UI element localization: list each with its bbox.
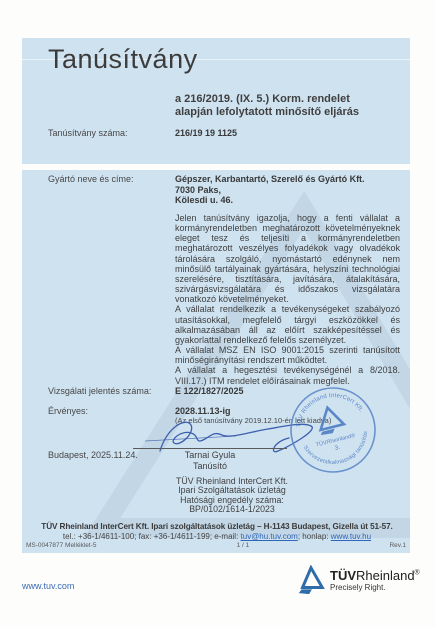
certificate-number-label: Tanúsítvány száma:: [48, 128, 128, 138]
footer-page-number: 1 / 1: [237, 542, 250, 549]
page-title: Tanúsítvány: [48, 44, 198, 75]
tuv-rheinland-logo-text: TÜVRheinland®: [330, 568, 420, 583]
logo-rheinland: Rheinland: [356, 568, 415, 583]
signer-role: Tanúsító: [133, 461, 287, 471]
footer-doc-id: MS-0047877 Melléklet-5: [26, 542, 96, 549]
valid-until-label: Érvényes:: [48, 406, 88, 416]
report-number-label: Vizsgálati jelentés száma:: [48, 386, 151, 396]
footer-homepage-link[interactable]: www.tuv.hu: [331, 532, 371, 541]
footer-contact-prefix: tel.: +36-1/4611-100; fax: +36-1/4611-19…: [63, 532, 241, 541]
tuv-com-link[interactable]: www.tuv.com: [22, 581, 74, 591]
body-paragraph-2: A vállalat rendelkezik a tevékenységeket…: [175, 304, 400, 345]
logo-tuv: TÜV: [330, 568, 356, 583]
logo-tagline: Precisely Right.: [330, 583, 386, 592]
footer-meta-row: MS-0047877 Melléklet-5 1 / 1 Rev.1: [26, 542, 406, 549]
report-number-value: E 122/1827/2025: [175, 386, 244, 396]
manufacturer-value: Gépszer, Karbantartó, Szerelő és Gyártó …: [175, 174, 405, 206]
footer-address: TÜV Rheinland InterCert Kft. Ipari szolg…: [27, 522, 407, 531]
signer-name: Tarnai Gyula: [133, 450, 287, 460]
footer-contact-line: tel.: +36-1/4611-100; fax: +36-1/4611-19…: [27, 532, 407, 541]
stamp-center-number: 3.: [334, 444, 341, 452]
body-paragraph-1: Jelen tanúsítvány igazolja, hogy a fenti…: [175, 213, 400, 304]
place-date: Budapest, 2025.11.24.: [48, 450, 138, 460]
manufacturer-addr2: Kölesdi u. 46.: [175, 195, 405, 206]
manufacturer-label: Gyártó neve és címe:: [48, 174, 134, 184]
logo-registered-mark: ®: [415, 570, 420, 577]
issuer-block: TÜV Rheinland InterCert Kft. Ipari Szolg…: [122, 477, 342, 515]
footer-revision: Rev.1: [389, 542, 406, 549]
certificate-number-value: 216/19 19 1125: [175, 128, 237, 138]
regulation-subtitle: a 216/2019. (IX. 5.) Korm. rendelet alap…: [175, 93, 399, 119]
regulation-subtitle-line1: a 216/2019. (IX. 5.) Korm. rendelet: [175, 93, 399, 106]
certificate-page: Tanúsítvány a 216/2019. (IX. 5.) Korm. r…: [0, 0, 435, 627]
manufacturer-name: Gépszer, Karbantartó, Szerelő és Gyártó …: [175, 174, 405, 185]
footer-contact-mid: ; honlap:: [298, 532, 331, 541]
certificate-body: Jelen tanúsítvány igazolja, hogy a fenti…: [175, 213, 400, 386]
regulation-subtitle-line2: alapján lefolytatott minősítő eljárás: [175, 106, 399, 119]
issuer-permit-number: BP/0102/1614-1/2023: [122, 505, 342, 514]
body-paragraph-3: A vállalat MSZ EN ISO 9001:2015 szerinti…: [175, 345, 400, 365]
manufacturer-addr1: 7030 Paks,: [175, 185, 405, 196]
signature-line: [133, 448, 287, 449]
tuv-rheinland-logo-icon: [296, 565, 326, 595]
footer-email-link[interactable]: tuv@hu.tuv.com: [241, 532, 298, 541]
